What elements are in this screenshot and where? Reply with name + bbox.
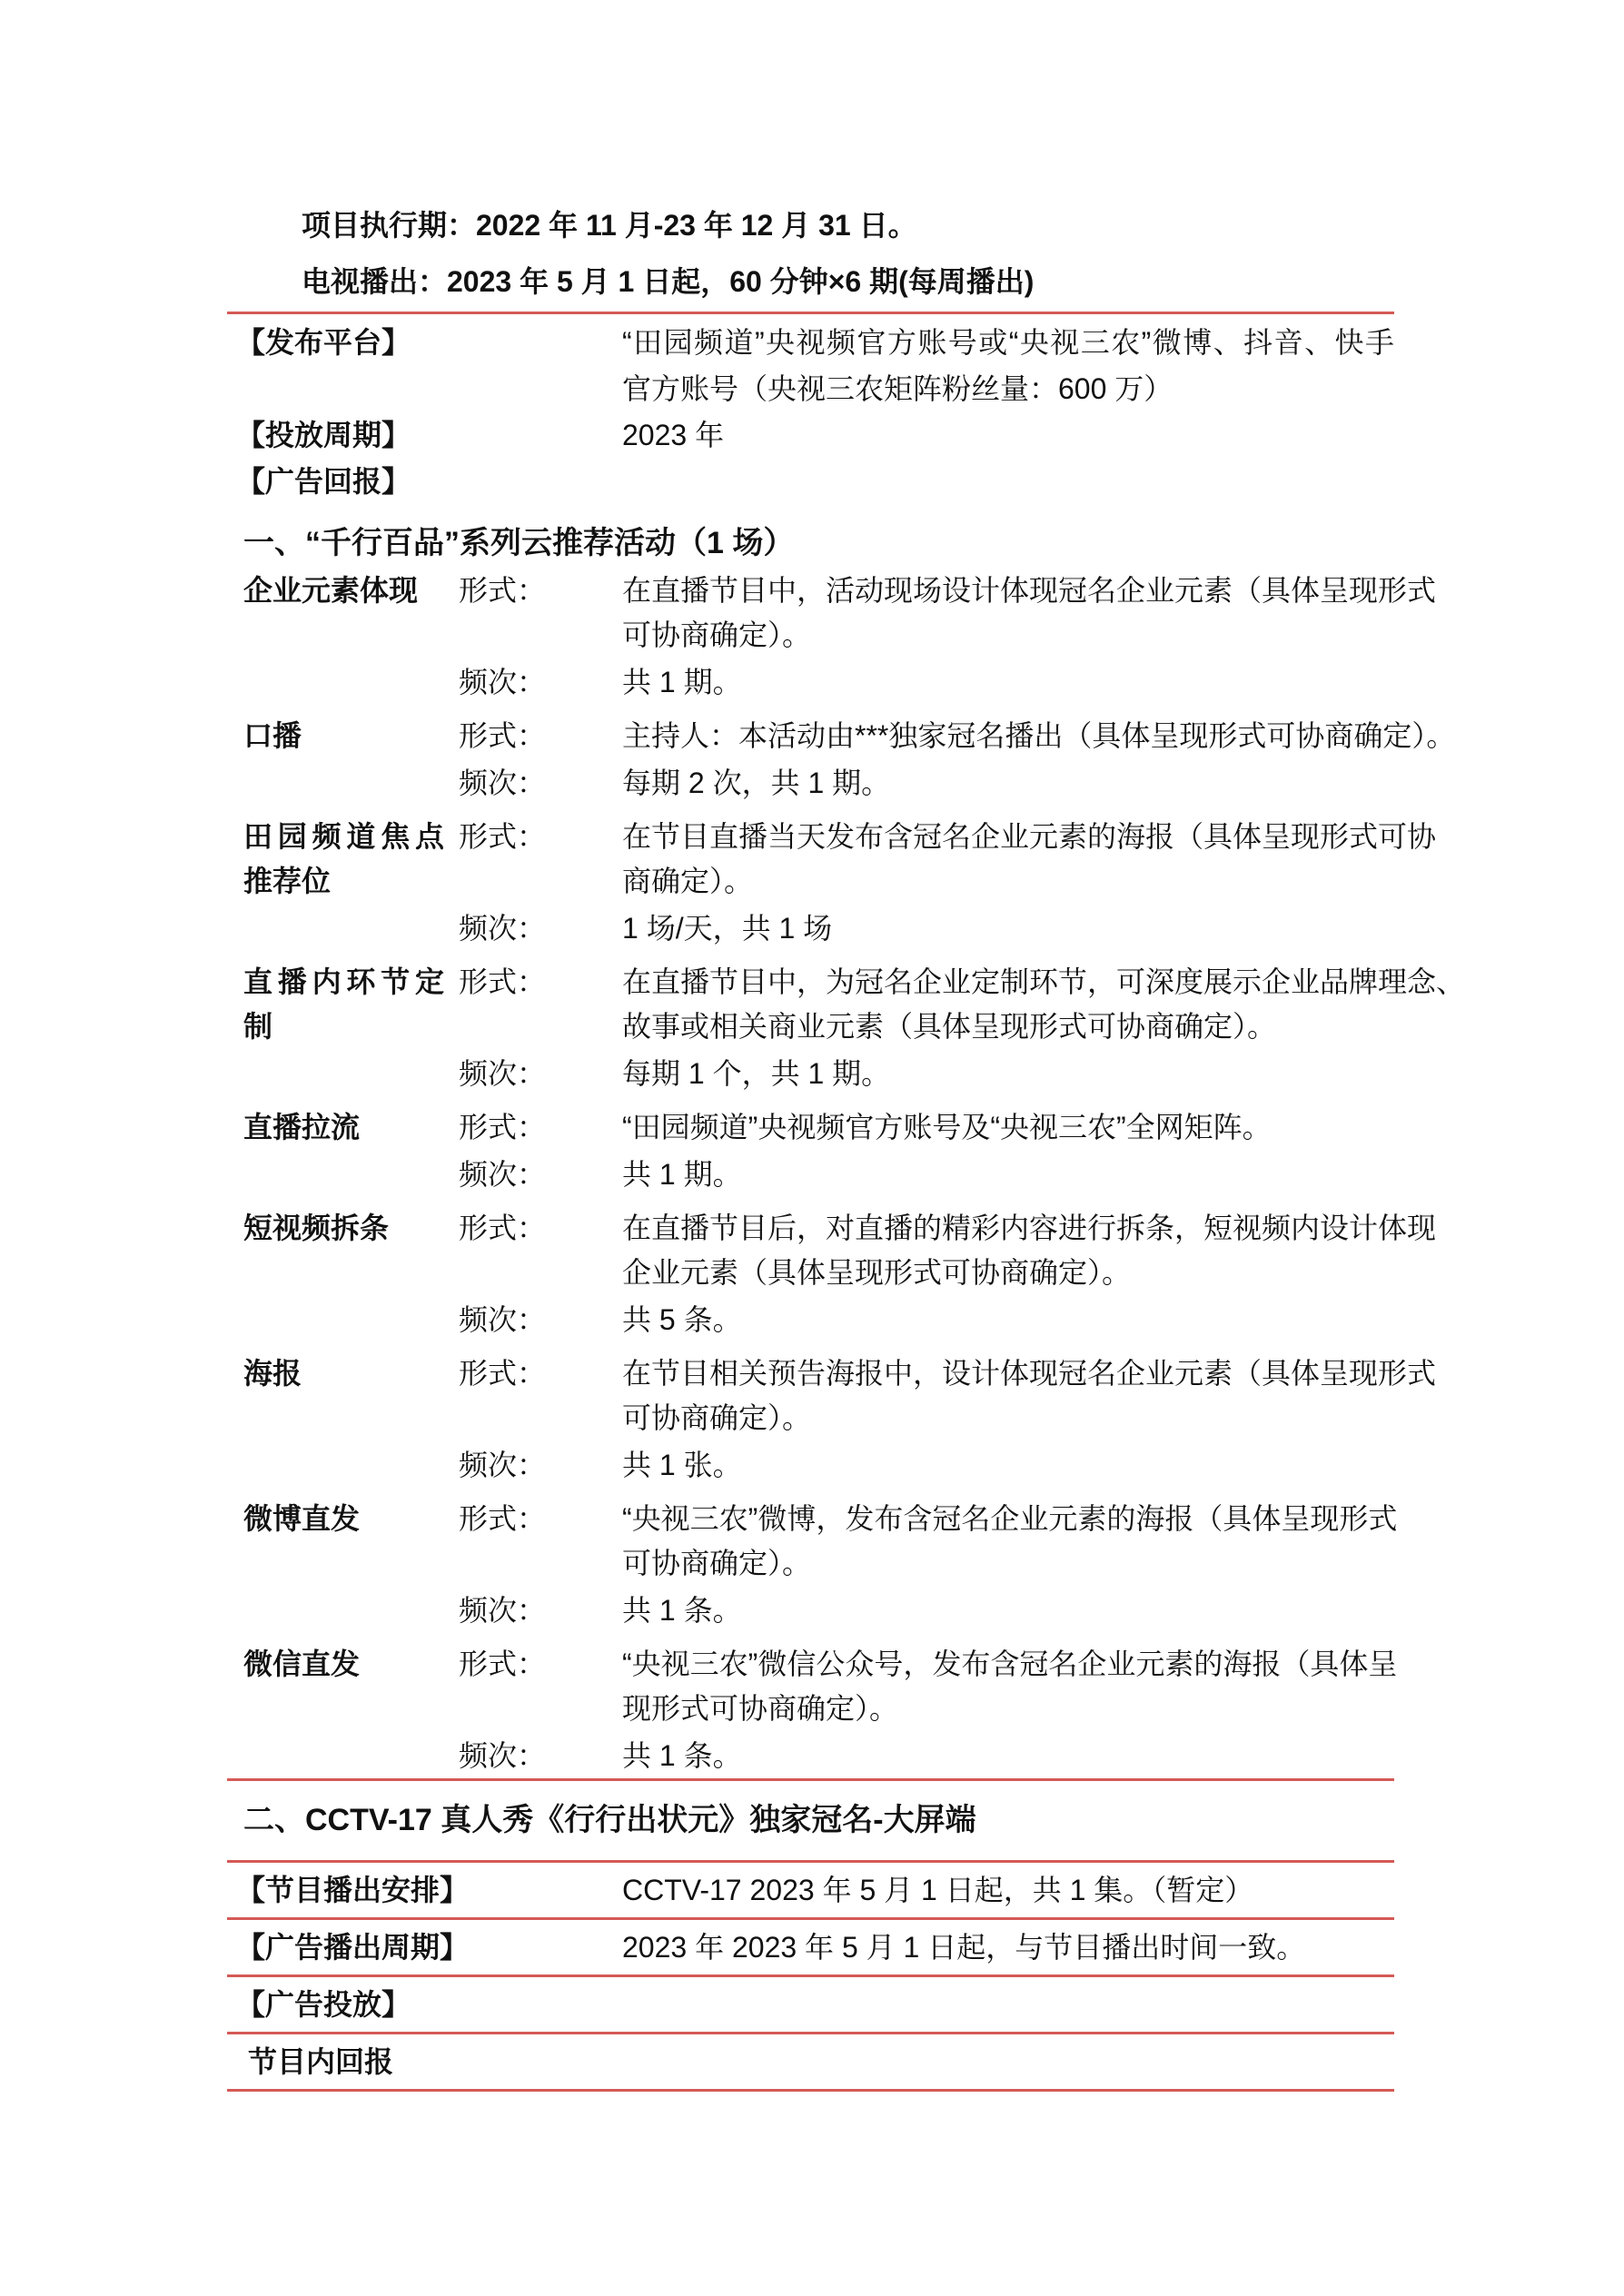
item-body: 形式： 在直播节目后，对直播的精彩内容进行拆条，短视频内设计体现 企业元素（具体…	[459, 1206, 1394, 1342]
item-label: 微信直发	[227, 1642, 459, 1778]
desc-line: 共 1 张。	[622, 1443, 1394, 1488]
freq-row: 频次： 共 5 条。	[459, 1298, 1394, 1342]
form-label: 形式：	[459, 815, 622, 904]
desc-line: 每期 2 次，共 1 期。	[622, 761, 1394, 806]
freq-row: 频次： 每期 2 次，共 1 期。	[459, 761, 1394, 806]
form-desc: 在节目直播当天发布含冠名企业元素的海报（具体呈现形式可协 商确定）。	[622, 815, 1394, 904]
desc-line: 在直播节目中，为冠名企业定制环节，可深度展示企业品牌理念、	[622, 960, 1394, 1004]
desc-line: 共 1 条。	[622, 1734, 1394, 1778]
desc-line: 主持人：本活动由***独家冠名播出（具体呈现形式可协商确定）。	[622, 714, 1394, 758]
reward-item-weibo-post: 微博直发 形式： “央视三农”微博，发布含冠名企业元素的海报（具体呈现形式 可协…	[227, 1497, 1394, 1633]
document-page: 项目执行期：2022 年 11 月-23 年 12 月 31 日。 电视播出：2…	[0, 0, 1624, 2296]
freq-value: 共 1 条。	[622, 1734, 1394, 1778]
info-bottom-block: 【节目播出安排】 CCTV-17 2023 年 5 月 1 日起，共 1 集。（…	[227, 1863, 1394, 2092]
info-row-platform: 【发布平台】 “田园频道”央视频官方账号或“央视三农”微博、抖音、快手 官方账号…	[227, 320, 1394, 412]
item-body: 形式： “田园频道”央视频官方账号及“央视三农”全网矩阵。 频次： 共 1 期。	[459, 1105, 1394, 1197]
item-label: 微博直发	[227, 1497, 459, 1633]
item-label-line: 口播	[243, 714, 444, 758]
field-label: 【投放周期】	[227, 412, 622, 459]
item-label-line: 微博直发	[243, 1497, 444, 1541]
form-desc: 主持人：本活动由***独家冠名播出（具体呈现形式可协商确定）。	[622, 714, 1394, 758]
desc-line: “田园频道”央视频官方账号及“央视三农”全网矩阵。	[622, 1105, 1394, 1150]
form-desc: 在节目相关预告海报中，设计体现冠名企业元素（具体呈现形式 可协商确定）。	[622, 1351, 1394, 1440]
freq-value: 每期 1 个，共 1 期。	[622, 1052, 1394, 1096]
tv-broadcast-line: 电视播出：2023 年 5 月 1 日起，60 分钟×6 期(每周播出)	[302, 253, 1394, 310]
form-label: 形式：	[459, 1351, 622, 1440]
form-label: 形式：	[459, 1642, 622, 1731]
freq-label: 频次：	[459, 1588, 622, 1633]
desc-line: “央视三农”微博，发布含冠名企业元素的海报（具体呈现形式	[622, 1497, 1394, 1541]
reward-item-poster: 海报 形式： 在节目相关预告海报中，设计体现冠名企业元素（具体呈现形式 可协商确…	[227, 1351, 1394, 1488]
item-label-line: 直播内环节定	[243, 960, 444, 1004]
item-label: 企业元素体现	[227, 569, 459, 705]
item-label: 直播内环节定 制	[227, 960, 459, 1096]
freq-row: 频次： 共 1 条。	[459, 1734, 1394, 1778]
item-label-line: 企业元素体现	[243, 569, 444, 613]
project-period-line: 项目执行期：2022 年 11 月-23 年 12 月 31 日。	[302, 197, 1394, 253]
form-desc: “田园频道”央视频官方账号及“央视三农”全网矩阵。	[622, 1105, 1394, 1150]
value-line: “田园频道”央视频官方账号或“央视三农”微博、抖音、快手	[622, 320, 1394, 366]
item-label-line: 推荐位	[243, 859, 444, 904]
info-top-block: 【发布平台】 “田园频道”央视频官方账号或“央视三农”微博、抖音、快手 官方账号…	[227, 320, 1394, 505]
form-desc: 在直播节目中，活动现场设计体现冠名企业元素（具体呈现形式 可协商确定）。	[622, 569, 1394, 658]
form-row: 形式： 在直播节目后，对直播的精彩内容进行拆条，短视频内设计体现 企业元素（具体…	[459, 1206, 1394, 1295]
form-row: 形式： “田园频道”央视频官方账号及“央视三农”全网矩阵。	[459, 1105, 1394, 1150]
form-row: 形式： 在直播节目中，活动现场设计体现冠名企业元素（具体呈现形式 可协商确定）。	[459, 569, 1394, 658]
form-desc: “央视三农”微信公众号，发布含冠名企业元素的海报（具体呈 现形式可协商确定）。	[622, 1642, 1394, 1731]
field-value: 2023 年	[622, 412, 1394, 459]
desc-line: “央视三农”微信公众号，发布含冠名企业元素的海报（具体呈	[622, 1642, 1394, 1687]
item-label-line: 短视频拆条	[243, 1206, 444, 1251]
form-row: 形式： 在直播节目中，为冠名企业定制环节，可深度展示企业品牌理念、 故事或相关商…	[459, 960, 1394, 1049]
desc-line: 在节目相关预告海报中，设计体现冠名企业元素（具体呈现形式	[622, 1351, 1394, 1396]
bottom-row-ad-period: 【广告播出周期】 2023 年 2023 年 5 月 1 日起，与节目播出时间一…	[227, 1920, 1394, 1974]
desc-line: 可协商确定）。	[622, 613, 1394, 658]
form-desc: 在直播节目中，为冠名企业定制环节，可深度展示企业品牌理念、 故事或相关商业元素（…	[622, 960, 1394, 1049]
freq-label: 频次：	[459, 1443, 622, 1488]
red-rule	[227, 2089, 1394, 2092]
info-row-reward: 【广告回报】	[227, 459, 1394, 505]
bottom-row-schedule: 【节目播出安排】 CCTV-17 2023 年 5 月 1 日起，共 1 集。（…	[227, 1863, 1394, 1917]
value-line: 官方账号（央视三农矩阵粉丝量：600 万）	[622, 366, 1394, 412]
freq-value: 共 1 期。	[622, 660, 1394, 705]
freq-value: 共 5 条。	[622, 1298, 1394, 1342]
desc-line: 故事或相关商业元素（具体呈现形式可协商确定）。	[622, 1004, 1394, 1049]
item-body: 形式： 在直播节目中，活动现场设计体现冠名企业元素（具体呈现形式 可协商确定）。…	[459, 569, 1394, 705]
form-row: 形式： 在节目直播当天发布含冠名企业元素的海报（具体呈现形式可协 商确定）。	[459, 815, 1394, 904]
reward-item-custom-segment: 直播内环节定 制 形式： 在直播节目中，为冠名企业定制环节，可深度展示企业品牌理…	[227, 960, 1394, 1096]
form-label: 形式：	[459, 960, 622, 1049]
field-value	[622, 1977, 1394, 2032]
reward-item-corporate-elements: 企业元素体现 形式： 在直播节目中，活动现场设计体现冠名企业元素（具体呈现形式 …	[227, 569, 1394, 705]
desc-line: 在直播节目后，对直播的精彩内容进行拆条，短视频内设计体现	[622, 1206, 1394, 1251]
freq-value: 1 场/天，共 1 场	[622, 906, 1394, 951]
form-row: 形式： “央视三农”微博，发布含冠名企业元素的海报（具体呈现形式 可协商确定）。	[459, 1497, 1394, 1586]
desc-line: 共 1 期。	[622, 660, 1394, 705]
desc-line: 在节目直播当天发布含冠名企业元素的海报（具体呈现形式可协	[622, 815, 1394, 859]
field-value: 2023 年 2023 年 5 月 1 日起，与节目播出时间一致。	[622, 1920, 1394, 1974]
form-label: 形式：	[459, 714, 622, 758]
desc-line: 可协商确定）。	[622, 1541, 1394, 1586]
form-row: 形式： 主持人：本活动由***独家冠名播出（具体呈现形式可协商确定）。	[459, 714, 1394, 758]
reward-item-focus-recommend: 田园频道焦点 推荐位 形式： 在节目直播当天发布含冠名企业元素的海报（具体呈现形…	[227, 815, 1394, 951]
item-label-line: 海报	[243, 1351, 444, 1396]
item-label-line: 微信直发	[243, 1642, 444, 1687]
reward-item-live-streaming: 直播拉流 形式： “田园频道”央视频官方账号及“央视三农”全网矩阵。 频次： 共…	[227, 1105, 1394, 1197]
desc-line: 在直播节目中，活动现场设计体现冠名企业元素（具体呈现形式	[622, 569, 1394, 613]
form-desc: 在直播节目后，对直播的精彩内容进行拆条，短视频内设计体现 企业元素（具体呈现形式…	[622, 1206, 1394, 1295]
reward-item-oral-broadcast: 口播 形式： 主持人：本活动由***独家冠名播出（具体呈现形式可协商确定）。 频…	[227, 714, 1394, 806]
bottom-row-ad-placement: 【广告投放】	[227, 1977, 1394, 2032]
red-rule	[227, 312, 1394, 314]
freq-value: 共 1 期。	[622, 1153, 1394, 1197]
freq-label: 频次：	[459, 906, 622, 951]
freq-value: 共 1 张。	[622, 1443, 1394, 1488]
red-rule	[227, 1778, 1394, 1781]
field-value: “田园频道”央视频官方账号或“央视三农”微博、抖音、快手 官方账号（央视三农矩阵…	[622, 320, 1394, 412]
form-label: 形式：	[459, 1206, 622, 1295]
rewards-list: 企业元素体现 形式： 在直播节目中，活动现场设计体现冠名企业元素（具体呈现形式 …	[227, 569, 1394, 1778]
item-label-line: 直播拉流	[243, 1105, 444, 1150]
field-value	[622, 2034, 1394, 2089]
value-line: 2023 年	[622, 412, 1394, 459]
item-label: 田园频道焦点 推荐位	[227, 815, 459, 951]
freq-row: 频次： 共 1 期。	[459, 1153, 1394, 1197]
item-body: 形式： 在节目直播当天发布含冠名企业元素的海报（具体呈现形式可协 商确定）。 频…	[459, 815, 1394, 951]
freq-row: 频次： 每期 1 个，共 1 期。	[459, 1052, 1394, 1096]
freq-row: 频次： 1 场/天，共 1 场	[459, 906, 1394, 951]
form-row: 形式： 在节目相关预告海报中，设计体现冠名企业元素（具体呈现形式 可协商确定）。	[459, 1351, 1394, 1440]
item-label-line: 田园频道焦点	[243, 815, 444, 859]
item-body: 形式： “央视三农”微博，发布含冠名企业元素的海报（具体呈现形式 可协商确定）。…	[459, 1497, 1394, 1633]
form-row: 形式： “央视三农”微信公众号，发布含冠名企业元素的海报（具体呈 现形式可协商确…	[459, 1642, 1394, 1731]
field-label: 【广告回报】	[227, 459, 622, 505]
desc-line: 商确定）。	[622, 859, 1394, 904]
freq-value: 每期 2 次，共 1 期。	[622, 761, 1394, 806]
desc-line: 共 5 条。	[622, 1298, 1394, 1342]
field-value	[622, 459, 1394, 505]
info-row-period: 【投放周期】 2023 年	[227, 412, 1394, 459]
freq-label: 频次：	[459, 1298, 622, 1342]
section-one-heading: 一、“千行百品”系列云推荐活动（1 场）	[243, 518, 1394, 569]
freq-label: 频次：	[459, 660, 622, 705]
field-label: 【发布平台】	[227, 320, 622, 412]
desc-line: 企业元素（具体呈现形式可协商确定）。	[622, 1251, 1394, 1295]
item-label-line: 制	[243, 1004, 444, 1049]
freq-row: 频次： 共 1 期。	[459, 660, 1394, 705]
field-label: 节目内回报	[227, 2034, 622, 2089]
desc-line: 可协商确定）。	[622, 1396, 1394, 1440]
desc-line: 1 场/天，共 1 场	[622, 906, 1394, 951]
desc-line: 共 1 期。	[622, 1153, 1394, 1197]
item-body: 形式： 在直播节目中，为冠名企业定制环节，可深度展示企业品牌理念、 故事或相关商…	[459, 960, 1394, 1096]
section-two-heading: 二、CCTV-17 真人秀《行行出状元》独家冠名-大屏端	[243, 1796, 1394, 1845]
freq-row: 频次： 共 1 条。	[459, 1588, 1394, 1633]
form-label: 形式：	[459, 569, 622, 658]
desc-line: 现形式可协商确定）。	[622, 1687, 1394, 1731]
reward-item-short-video: 短视频拆条 形式： 在直播节目后，对直播的精彩内容进行拆条，短视频内设计体现 企…	[227, 1206, 1394, 1342]
reward-item-wechat-post: 微信直发 形式： “央视三农”微信公众号，发布含冠名企业元素的海报（具体呈 现形…	[227, 1642, 1394, 1778]
item-label: 直播拉流	[227, 1105, 459, 1197]
intro-block: 项目执行期：2022 年 11 月-23 年 12 月 31 日。 电视播出：2…	[302, 197, 1394, 310]
freq-value: 共 1 条。	[622, 1588, 1394, 1633]
item-label: 短视频拆条	[227, 1206, 459, 1342]
freq-label: 频次：	[459, 1052, 622, 1096]
item-label: 海报	[227, 1351, 459, 1488]
desc-line: 每期 1 个，共 1 期。	[622, 1052, 1394, 1096]
form-label: 形式：	[459, 1497, 622, 1586]
item-body: 形式： 主持人：本活动由***独家冠名播出（具体呈现形式可协商确定）。 频次： …	[459, 714, 1394, 806]
item-body: 形式： “央视三农”微信公众号，发布含冠名企业元素的海报（具体呈 现形式可协商确…	[459, 1642, 1394, 1778]
freq-label: 频次：	[459, 1734, 622, 1778]
item-body: 形式： 在节目相关预告海报中，设计体现冠名企业元素（具体呈现形式 可协商确定）。…	[459, 1351, 1394, 1488]
freq-label: 频次：	[459, 761, 622, 806]
field-label: 【广告投放】	[227, 1977, 622, 2032]
field-label: 【节目播出安排】	[227, 1863, 622, 1917]
freq-label: 频次：	[459, 1153, 622, 1197]
form-desc: “央视三农”微博，发布含冠名企业元素的海报（具体呈现形式 可协商确定）。	[622, 1497, 1394, 1586]
field-label: 【广告播出周期】	[227, 1920, 622, 1974]
freq-row: 频次： 共 1 张。	[459, 1443, 1394, 1488]
bottom-row-in-program-reward: 节目内回报	[227, 2034, 1394, 2089]
field-value: CCTV-17 2023 年 5 月 1 日起，共 1 集。（暂定）	[622, 1863, 1394, 1917]
item-label: 口播	[227, 714, 459, 806]
form-label: 形式：	[459, 1105, 622, 1150]
desc-line: 共 1 条。	[622, 1588, 1394, 1633]
